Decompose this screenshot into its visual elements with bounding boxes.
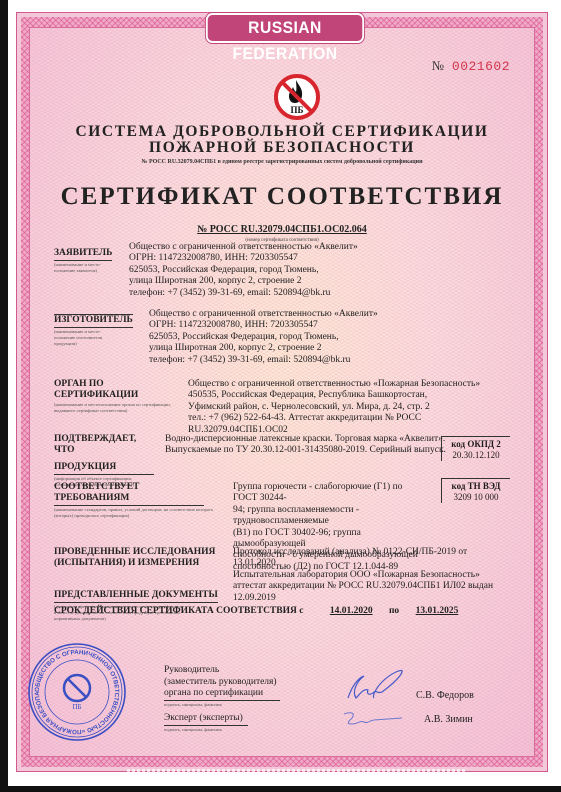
- validity-label: СРОК ДЕЙСТВИЯ СЕРТИФИКАТА СООТВЕТСТВИЯ с: [54, 606, 303, 616]
- okpd-label: код ОКПД 2: [442, 439, 510, 450]
- validity-to: 13.01.2025: [416, 606, 459, 616]
- head-signatory-label: Руководитель (заместитель руководителя) …: [164, 665, 277, 700]
- certification-body-line: тел.: +7 (962) 522-64-43. Аттестат аккре…: [188, 413, 510, 436]
- manufacturer-line: Общество с ограниченной ответственностью…: [149, 309, 378, 320]
- validity-from: 14.01.2020: [330, 606, 373, 616]
- certification-body-line: Уфимский район, с. Чернолесовский, ул. М…: [188, 402, 510, 413]
- head-signatory-sublabel: подпись, инициалы, фамилия: [164, 702, 222, 707]
- scan-edge-bottom: [0, 786, 561, 792]
- no-fire-logo-icon: ПБ: [272, 72, 322, 124]
- system-title-line1: СИСТЕМА ДОБРОВОЛЬНОЙ СЕРТИФИКАЦИИ: [30, 124, 534, 140]
- tests-line: Испытательная лаборатория ООО «Пожарная …: [233, 570, 510, 581]
- certificate-body: № 0021602 ПБ СИСТЕМА ДОБРОВОЛЬНОЙ СЕРТИФ…: [29, 27, 535, 757]
- certification-body-heading: ОРГАН ПО СЕРТИФИКАЦИИ: [54, 379, 174, 401]
- applicant-line: Общество с ограниченной ответственностью…: [129, 242, 358, 253]
- printer-imprint-strip: [127, 769, 467, 775]
- serial-value: 0021602: [452, 59, 510, 74]
- certificate-sheet: № 0021602 ПБ СИСТЕМА ДОБРОВОЛЬНОЙ СЕРТИФ…: [16, 12, 548, 772]
- tests-line: Протокол исследований (анализа) № 0122-С…: [233, 547, 510, 570]
- system-title: СИСТЕМА ДОБРОВОЛЬНОЙ СЕРТИФИКАЦИИ ПОЖАРН…: [30, 124, 534, 156]
- applicant-line: улица Широтная 200, корпус 2, строение 2: [129, 276, 358, 287]
- applicant-heading: ЗАЯВИТЕЛЬ: [54, 248, 112, 261]
- expert-name: А.В. Зимин: [424, 714, 473, 725]
- certificate-title: СЕРТИФИКАТ СООТВЕТСТВИЯ: [30, 183, 534, 211]
- manufacturer-heading: ИЗГОТОВИТЕЛЬ: [54, 314, 133, 328]
- tests-label: ПРОВЕДЕННЫЕ ИССЛЕДОВАНИЯ (ИСПЫТАНИЯ) И И…: [54, 547, 224, 569]
- serial-prefix: №: [432, 58, 444, 73]
- requirements-label: СООТВЕТСТВУЕТ ТРЕБОВАНИЯМ (наименование …: [54, 482, 204, 519]
- manufacturer-line: 625053, Российская Федерация, город Тюме…: [149, 332, 378, 343]
- head-signature-icon: [342, 668, 408, 704]
- certificate-number-value: № РОСС RU.32079.04СПБ1.ОС02.064: [197, 224, 367, 235]
- tests-details: Протокол исследований (анализа) № 0122-С…: [233, 547, 510, 604]
- expert-signature-icon: [340, 708, 406, 730]
- tests-line: аттестат аккредитации № РОСС RU.32079.04…: [233, 581, 510, 604]
- manufacturer-sublabel: (наименование и место-положение изготови…: [54, 329, 116, 347]
- tests-heading-line2: (ИСПЫТАНИЯ) И ИЗМЕРЕНИЯ: [54, 558, 224, 569]
- certification-stamp-icon: ОБЩЕСТВО С ОГРАНИЧЕННОЙ ОТВЕТСТВЕННОСТЬЮ…: [26, 641, 128, 743]
- tnved-value: 3209 10 000: [442, 492, 510, 503]
- manufacturer-line: телефон: +7 (3452) 39-31-69, email: 5208…: [149, 355, 378, 366]
- head-label-line: (заместитель руководителя): [164, 677, 277, 689]
- registry-line: № РОСС RU.32079.04СПБ1 в едином реестре …: [30, 159, 534, 165]
- applicant-line: ОГРН: 1147232008780, ИНН: 7203305547: [129, 253, 358, 264]
- certificate-number: № РОСС RU.32079.04СПБ1.ОС02.064: [30, 224, 534, 235]
- product-line: Водно-дисперсионные латексные краски. То…: [165, 434, 446, 445]
- country-banner: RUSSIAN FEDERATION: [206, 13, 364, 43]
- product-label: ПОДТВЕРЖДАЕТ, ЧТО ПРОДУКЦИЯ (информация …: [54, 434, 154, 488]
- serial-number: № 0021602: [432, 58, 510, 74]
- product-heading-line2: ПРОДУКЦИЯ: [54, 462, 154, 475]
- certification-body-line: Общество с ограниченной ответственностью…: [188, 379, 510, 390]
- product-details: Водно-дисперсионные латексные краски. То…: [165, 434, 446, 457]
- expert-label: Эксперт (эксперты): [164, 713, 243, 725]
- applicant-details: Общество с ограниченной ответственностью…: [129, 242, 358, 299]
- product-line: Выпускаемые по ТУ 20.30.12-001-31435080-…: [165, 445, 446, 456]
- expert-signature-line: [164, 725, 248, 726]
- head-signatory-name: С.В. Федоров: [416, 690, 474, 701]
- okpd-value: 20.30.12.120: [442, 450, 510, 461]
- manufacturer-line: ОГРН: 1147232008780, ИНН: 7203305547: [149, 320, 378, 331]
- head-label-line: Руководитель: [164, 665, 277, 677]
- head-signature-line: [164, 700, 280, 701]
- svg-text:ПБ: ПБ: [72, 703, 81, 711]
- validity-to-word: по: [389, 606, 399, 616]
- requirements-line: 94; группа воспламеняемости - трудновосп…: [233, 505, 418, 528]
- svg-text:ОБЩЕСТВО С ОГРАНИЧЕННОЙ ОТВЕТС: ОБЩЕСТВО С ОГРАНИЧЕННОЙ ОТВЕТСТВЕННОСТЬЮ…: [26, 641, 120, 735]
- certification-body-sublabel: (наименование и местоположение органа по…: [54, 402, 174, 414]
- certification-body-label: ОРГАН ПО СЕРТИФИКАЦИИ (наименование и ме…: [54, 379, 174, 414]
- expert-sublabel: подпись, инициалы, фамилия: [164, 727, 222, 732]
- scan-edge-left: [0, 0, 8, 792]
- manufacturer-details: Общество с ограниченной ответственностью…: [149, 309, 378, 366]
- requirements-sublabel: (наименование стандартов, правил, услови…: [54, 507, 219, 519]
- applicant-sublabel: (наименование и место-положение заявител…: [54, 262, 114, 274]
- product-heading-line1: ПОДТВЕРЖДАЕТ, ЧТО: [54, 434, 154, 456]
- certification-body-line: 450535, Российская Федерация, Республика…: [188, 390, 510, 401]
- head-label-line: органа по сертификации: [164, 688, 277, 700]
- documents-label: ПРЕДСТАВЛЕННЫЕ ДОКУМЕНТЫ (документы пред…: [54, 584, 219, 622]
- tnved-code-box: код ТН ВЭД 3209 10 000: [441, 478, 510, 503]
- validity-period: СРОК ДЕЙСТВИЯ СЕРТИФИКАТА СООТВЕТСТВИЯ с…: [54, 606, 458, 616]
- tests-heading-line1: ПРОВЕДЕННЫЕ ИССЛЕДОВАНИЯ: [54, 547, 224, 558]
- requirements-line: Группа горючести - слабогорючие (Г1) по …: [233, 482, 418, 505]
- manufacturer-line: улица Широтная 200, корпус 2, строение 2: [149, 343, 378, 354]
- certification-body-details: Общество с ограниченной ответственностью…: [188, 379, 510, 436]
- documents-heading: ПРЕДСТАВЛЕННЫЕ ДОКУМЕНТЫ: [54, 590, 218, 603]
- applicant-line: 625053, Российская Федерация, город Тюме…: [129, 265, 358, 276]
- okpd-code-box: код ОКПД 2 20.30.12.120: [441, 436, 510, 461]
- applicant-line: телефон: +7 (3452) 39-31-69, email: 5208…: [129, 288, 358, 299]
- requirements-heading: СООТВЕТСТВУЕТ ТРЕБОВАНИЯМ: [54, 482, 204, 506]
- tnved-label: код ТН ВЭД: [442, 481, 510, 492]
- system-title-line2: ПОЖАРНОЙ БЕЗОПАСНОСТИ: [30, 140, 534, 156]
- svg-text:ПБ: ПБ: [291, 105, 304, 115]
